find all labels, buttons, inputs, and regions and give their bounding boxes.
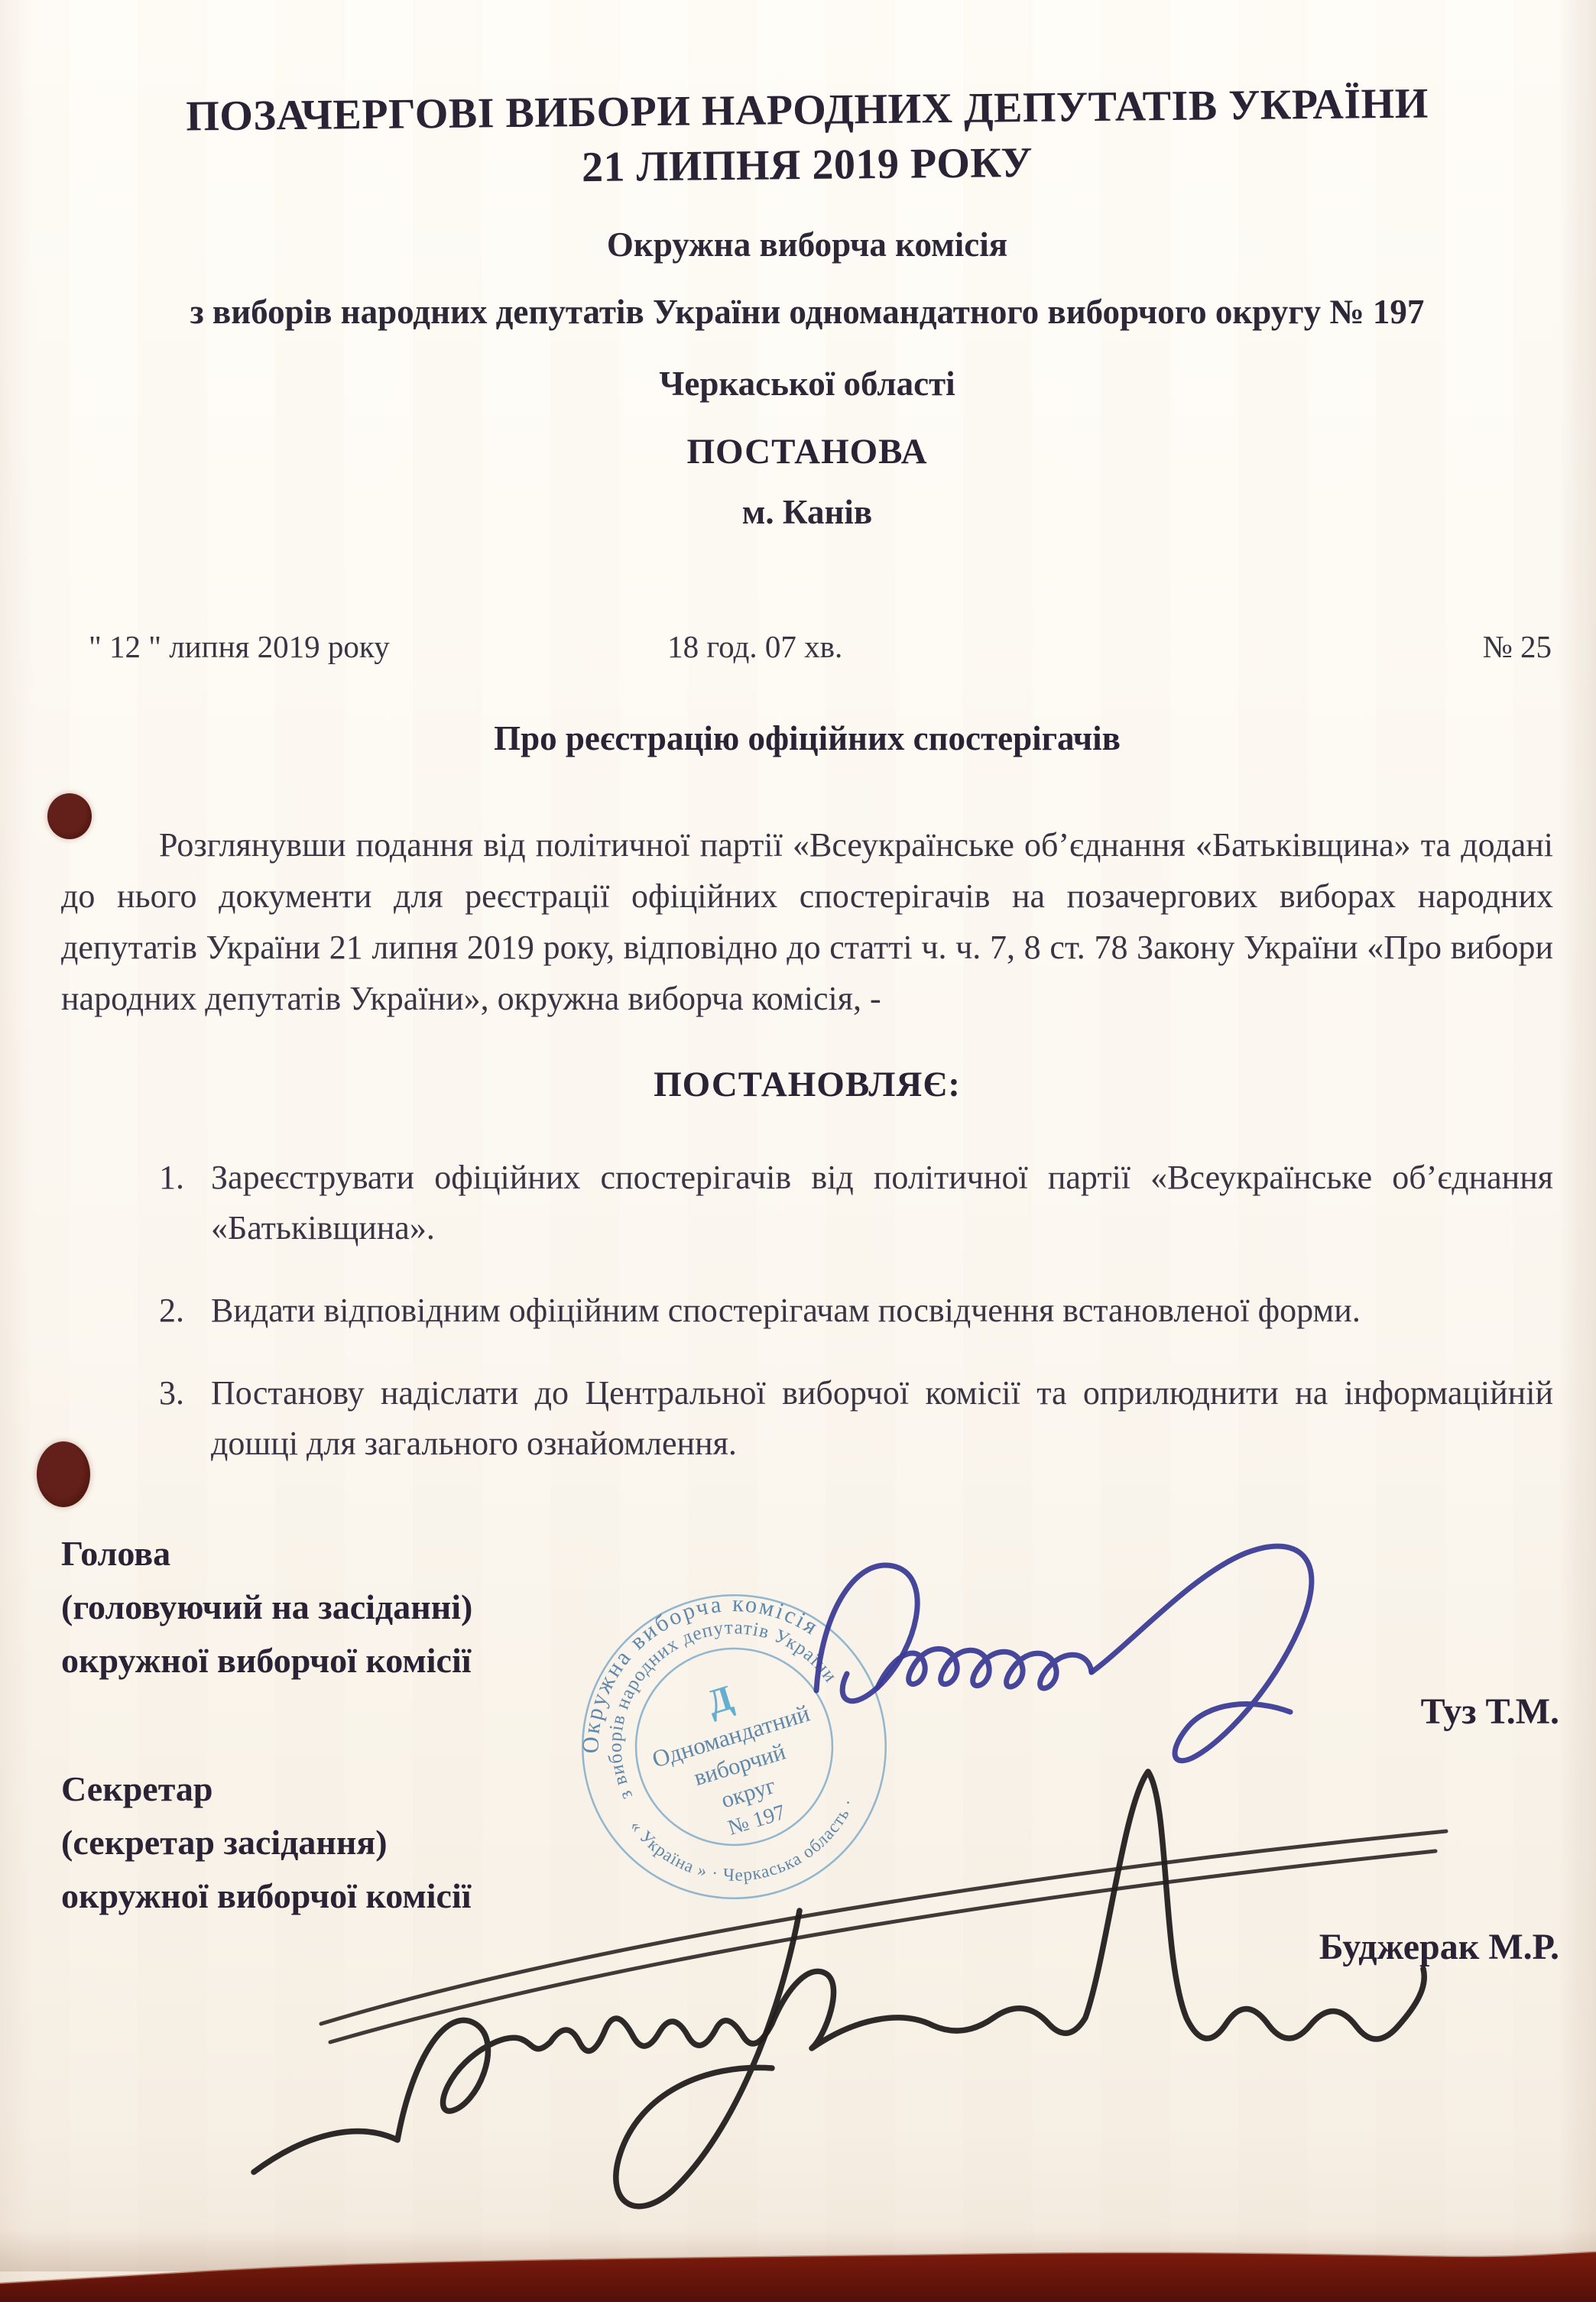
document-page: ПОЗАЧЕРГОВІ ВИБОРИ НАРОДНИХ ДЕПУТАТІВ УК… [0,0,1596,2302]
doc-type-heading: ПОСТАНОВА [61,431,1553,472]
resolution-item-2: 2. Видати відповідним офіційним спостері… [159,1286,1553,1336]
secretary-role-line-3: окружної виборчої комісії [61,1869,1553,1923]
resolution-number: 2. [159,1286,211,1336]
commission-line-3: Черкаської області [61,364,1553,404]
resolves-heading: ПОСТАНОВЛЯЄ: [61,1064,1553,1105]
secretary-name: Буджерак М.Р. [1319,1926,1559,1968]
subject-heading: Про реєстрацію офіційних спостерігачів [61,718,1553,758]
punch-hole-bottom [37,1441,90,1507]
punch-hole-top [47,793,92,839]
commission-line-1: Окружна виборча комісія [61,225,1553,264]
resolution-item-3: 3. Постанову надіслати до Центральної ви… [159,1368,1553,1469]
resolution-text: Зареєструвати офіційних спостерігачів ві… [211,1153,1553,1253]
preamble-paragraph: Розглянувши подання від політичної парті… [61,819,1553,1024]
meta-doc-number: № 25 [1483,628,1552,665]
secretary-role-block: Секретар (секретар засідання) окружної в… [61,1762,1553,1923]
doc-place: м. Канів [61,492,1553,532]
resolution-text: Видати відповідним офіційним спостерігач… [211,1286,1553,1336]
resolution-item-1: 1. Зареєструвати офіційних спостерігачів… [159,1153,1553,1253]
chair-role-line-1: Голова [61,1527,1553,1581]
chair-role-line-2: (головуючий на засіданні) [61,1581,1553,1634]
meta-row: " 12 " липня 2019 року 18 год. 07 хв. № … [61,628,1553,670]
commission-line-2: з виборів народних депутатів України одн… [61,292,1553,332]
meta-date: " 12 " липня 2019 року [89,628,390,665]
resolution-number: 1. [159,1153,211,1253]
secretary-role-line-2: (секретар засідання) [61,1816,1553,1869]
resolution-text: Постанову надіслати до Центральної вибор… [211,1368,1553,1469]
secretary-role-line-1: Секретар [61,1762,1553,1816]
title-line-1: ПОЗАЧЕРГОВІ ВИБОРИ НАРОДНИХ ДЕПУТАТІВ УК… [61,78,1554,142]
chair-role-line-3: окружної виборчої комісії [61,1634,1553,1688]
desk-background-strip [0,2249,1596,2302]
title-line-2: 21 ЛИПНЯ 2019 РОКУ [61,133,1554,197]
document-content: ПОЗАЧЕРГОВІ ВИБОРИ НАРОДНИХ ДЕПУТАТІВ УК… [0,0,1596,1923]
chair-role-block: Голова (головуючий на засіданні) окружно… [61,1527,1553,1688]
meta-time: 18 год. 07 хв. [667,628,842,665]
chair-name: Туз Т.М. [1421,1691,1559,1733]
resolution-number: 3. [159,1368,211,1469]
resolutions-list: 1. Зареєструвати офіційних спостерігачів… [61,1153,1553,1469]
